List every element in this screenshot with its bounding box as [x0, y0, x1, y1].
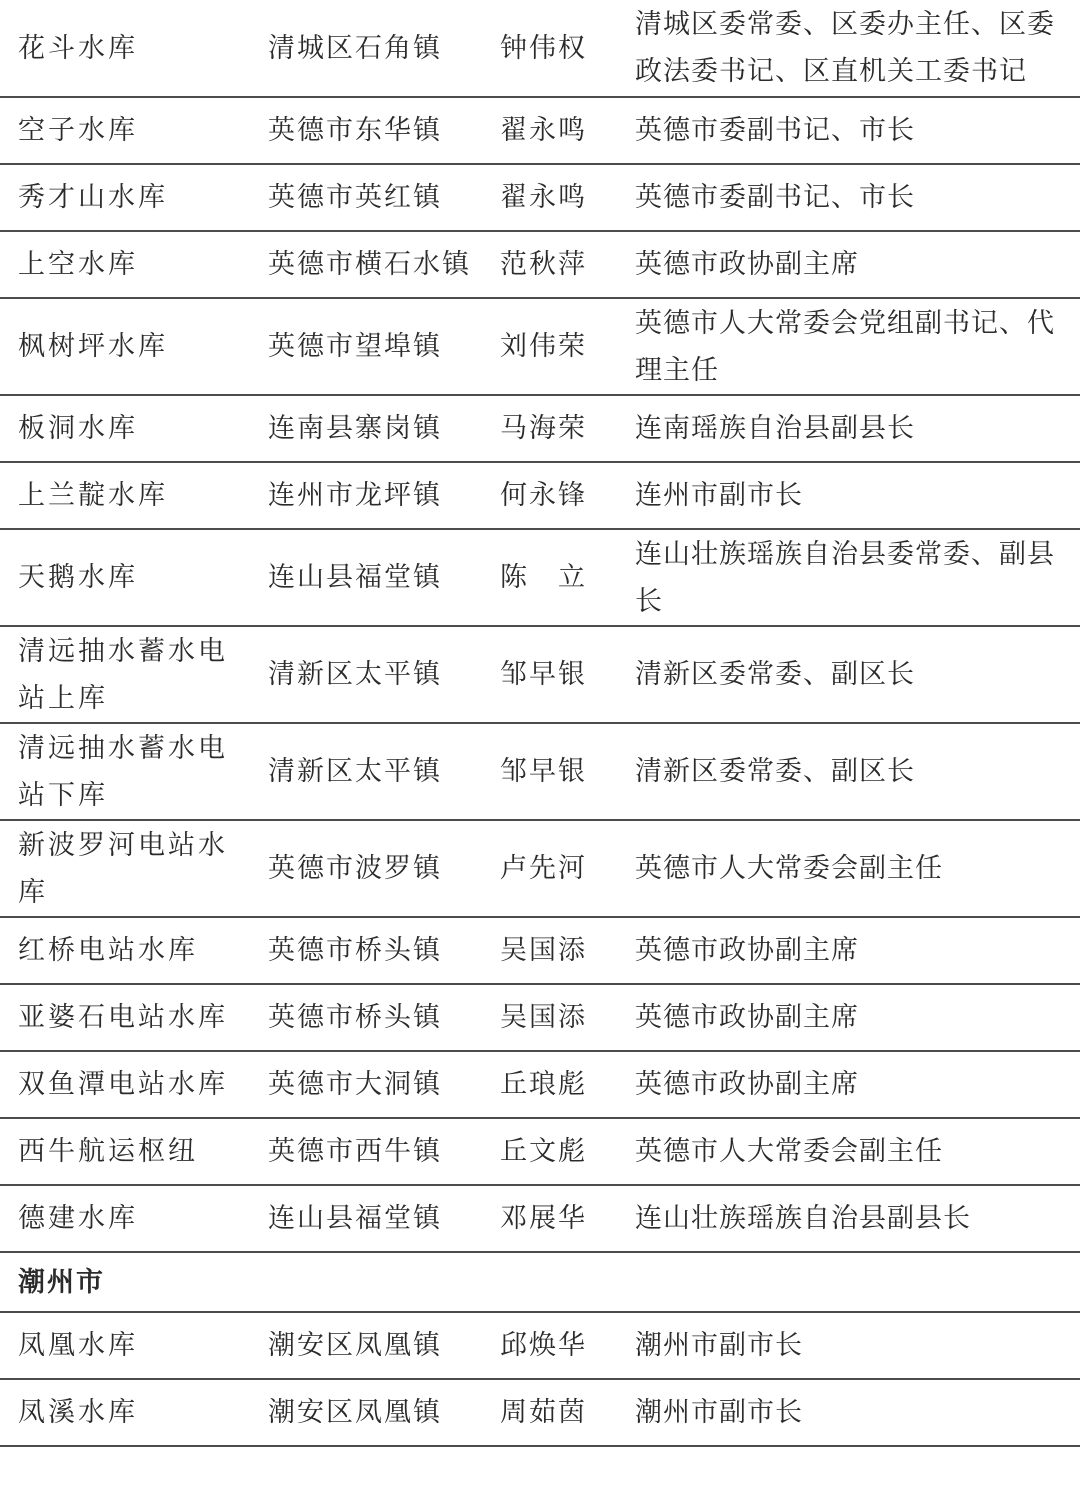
- person-name-cell: 吴国添: [482, 984, 617, 1051]
- person-name-cell: 邱焕华: [482, 1312, 617, 1379]
- reservoir-name-cell: 天鹅水库: [0, 529, 250, 626]
- reservoir-name-cell: 凤溪水库: [0, 1379, 250, 1446]
- reservoir-name-cell: 凤凰水库: [0, 1312, 250, 1379]
- table-row: 上兰靛水库连州市龙坪镇何永锋连州市副市长: [0, 462, 1080, 529]
- location-cell: 连山县福堂镇: [250, 529, 482, 626]
- person-name-cell: 邹早银: [482, 626, 617, 723]
- table-row: 双鱼潭电站水库英德市大洞镇丘琅彪英德市政协副主席: [0, 1051, 1080, 1118]
- location-cell: 英德市望埠镇: [250, 298, 482, 395]
- title-cell: 潮州市副市长: [617, 1379, 1080, 1446]
- title-cell: 连山壮族瑶族自治县副县长: [617, 1185, 1080, 1252]
- title-cell: 潮州市副市长: [617, 1312, 1080, 1379]
- person-name-cell: 卢先河: [482, 820, 617, 917]
- title-cell: 英德市政协副主席: [617, 1051, 1080, 1118]
- location-cell: 英德市桥头镇: [250, 984, 482, 1051]
- reservoir-name-cell: 板洞水库: [0, 395, 250, 462]
- location-cell: 潮安区凤凰镇: [250, 1312, 482, 1379]
- location-cell: 清城区石角镇: [250, 0, 482, 97]
- person-name-cell: 范秋萍: [482, 231, 617, 298]
- table-row: 清远抽水蓄水电站下库清新区太平镇邹早银清新区委常委、副区长: [0, 723, 1080, 820]
- reservoir-name-cell: 清远抽水蓄水电站下库: [0, 723, 250, 820]
- reservoir-name-cell: 红桥电站水库: [0, 917, 250, 984]
- reservoir-responsibility-table: 花斗水库清城区石角镇钟伟权清城区委常委、区委办主任、区委政法委书记、区直机关工委…: [0, 0, 1080, 1447]
- title-cell: 连南瑶族自治县副县长: [617, 395, 1080, 462]
- person-name-cell: 丘琅彪: [482, 1051, 617, 1118]
- title-cell: 英德市政协副主席: [617, 231, 1080, 298]
- table-row: 秀才山水库英德市英红镇翟永鸣英德市委副书记、市长: [0, 164, 1080, 231]
- title-cell: 英德市政协副主席: [617, 917, 1080, 984]
- table-row: 新波罗河电站水库英德市波罗镇卢先河英德市人大常委会副主任: [0, 820, 1080, 917]
- reservoir-name-cell: 德建水库: [0, 1185, 250, 1252]
- location-cell: 清新区太平镇: [250, 723, 482, 820]
- section-header-row: 潮州市: [0, 1252, 1080, 1312]
- table-body: 花斗水库清城区石角镇钟伟权清城区委常委、区委办主任、区委政法委书记、区直机关工委…: [0, 0, 1080, 1446]
- table-row: 凤凰水库潮安区凤凰镇邱焕华潮州市副市长: [0, 1312, 1080, 1379]
- location-cell: 连南县寨岗镇: [250, 395, 482, 462]
- title-cell: 清城区委常委、区委办主任、区委政法委书记、区直机关工委书记: [617, 0, 1080, 97]
- reservoir-name-cell: 空子水库: [0, 97, 250, 164]
- person-name-cell: 钟伟权: [482, 0, 617, 97]
- location-cell: 英德市桥头镇: [250, 917, 482, 984]
- title-cell: 英德市政协副主席: [617, 984, 1080, 1051]
- reservoir-name-cell: 西牛航运枢纽: [0, 1118, 250, 1185]
- person-name-cell: 陈 立: [482, 529, 617, 626]
- table-row: 枫树坪水库英德市望埠镇刘伟荣英德市人大常委会党组副书记、代理主任: [0, 298, 1080, 395]
- table-row: 空子水库英德市东华镇翟永鸣英德市委副书记、市长: [0, 97, 1080, 164]
- person-name-cell: 邓展华: [482, 1185, 617, 1252]
- location-cell: 潮安区凤凰镇: [250, 1379, 482, 1446]
- title-cell: 英德市人大常委会党组副书记、代理主任: [617, 298, 1080, 395]
- location-cell: 英德市大洞镇: [250, 1051, 482, 1118]
- reservoir-name-cell: 上空水库: [0, 231, 250, 298]
- person-name-cell: 翟永鸣: [482, 97, 617, 164]
- reservoir-name-cell: 亚婆石电站水库: [0, 984, 250, 1051]
- location-cell: 连山县福堂镇: [250, 1185, 482, 1252]
- reservoir-name-cell: 清远抽水蓄水电站上库: [0, 626, 250, 723]
- table-row: 上空水库英德市横石水镇范秋萍英德市政协副主席: [0, 231, 1080, 298]
- table-row: 凤溪水库潮安区凤凰镇周茹茵潮州市副市长: [0, 1379, 1080, 1446]
- table-row: 板洞水库连南县寨岗镇马海荣连南瑶族自治县副县长: [0, 395, 1080, 462]
- table-row: 西牛航运枢纽英德市西牛镇丘文彪英德市人大常委会副主任: [0, 1118, 1080, 1185]
- title-cell: 英德市人大常委会副主任: [617, 820, 1080, 917]
- table-row: 花斗水库清城区石角镇钟伟权清城区委常委、区委办主任、区委政法委书记、区直机关工委…: [0, 0, 1080, 97]
- location-cell: 英德市横石水镇: [250, 231, 482, 298]
- location-cell: 英德市英红镇: [250, 164, 482, 231]
- person-name-cell: 邹早银: [482, 723, 617, 820]
- location-cell: 连州市龙坪镇: [250, 462, 482, 529]
- reservoir-name-cell: 枫树坪水库: [0, 298, 250, 395]
- location-cell: 英德市西牛镇: [250, 1118, 482, 1185]
- title-cell: 英德市人大常委会副主任: [617, 1118, 1080, 1185]
- title-cell: 英德市委副书记、市长: [617, 97, 1080, 164]
- table-row: 红桥电站水库英德市桥头镇吴国添英德市政协副主席: [0, 917, 1080, 984]
- person-name-cell: 丘文彪: [482, 1118, 617, 1185]
- table-row: 天鹅水库连山县福堂镇陈 立连山壮族瑶族自治县委常委、副县长: [0, 529, 1080, 626]
- title-cell: 清新区委常委、副区长: [617, 626, 1080, 723]
- location-cell: 清新区太平镇: [250, 626, 482, 723]
- title-cell: 连山壮族瑶族自治县委常委、副县长: [617, 529, 1080, 626]
- person-name-cell: 吴国添: [482, 917, 617, 984]
- person-name-cell: 周茹茵: [482, 1379, 617, 1446]
- reservoir-name-cell: 秀才山水库: [0, 164, 250, 231]
- table-row: 亚婆石电站水库英德市桥头镇吴国添英德市政协副主席: [0, 984, 1080, 1051]
- reservoir-name-cell: 花斗水库: [0, 0, 250, 97]
- table-row: 清远抽水蓄水电站上库清新区太平镇邹早银清新区委常委、副区长: [0, 626, 1080, 723]
- reservoir-name-cell: 双鱼潭电站水库: [0, 1051, 250, 1118]
- person-name-cell: 马海荣: [482, 395, 617, 462]
- location-cell: 英德市东华镇: [250, 97, 482, 164]
- title-cell: 连州市副市长: [617, 462, 1080, 529]
- section-header-label: 潮州市: [0, 1252, 1080, 1312]
- person-name-cell: 何永锋: [482, 462, 617, 529]
- reservoir-name-cell: 新波罗河电站水库: [0, 820, 250, 917]
- table-row: 德建水库连山县福堂镇邓展华连山壮族瑶族自治县副县长: [0, 1185, 1080, 1252]
- location-cell: 英德市波罗镇: [250, 820, 482, 917]
- title-cell: 清新区委常委、副区长: [617, 723, 1080, 820]
- person-name-cell: 翟永鸣: [482, 164, 617, 231]
- person-name-cell: 刘伟荣: [482, 298, 617, 395]
- reservoir-name-cell: 上兰靛水库: [0, 462, 250, 529]
- title-cell: 英德市委副书记、市长: [617, 164, 1080, 231]
